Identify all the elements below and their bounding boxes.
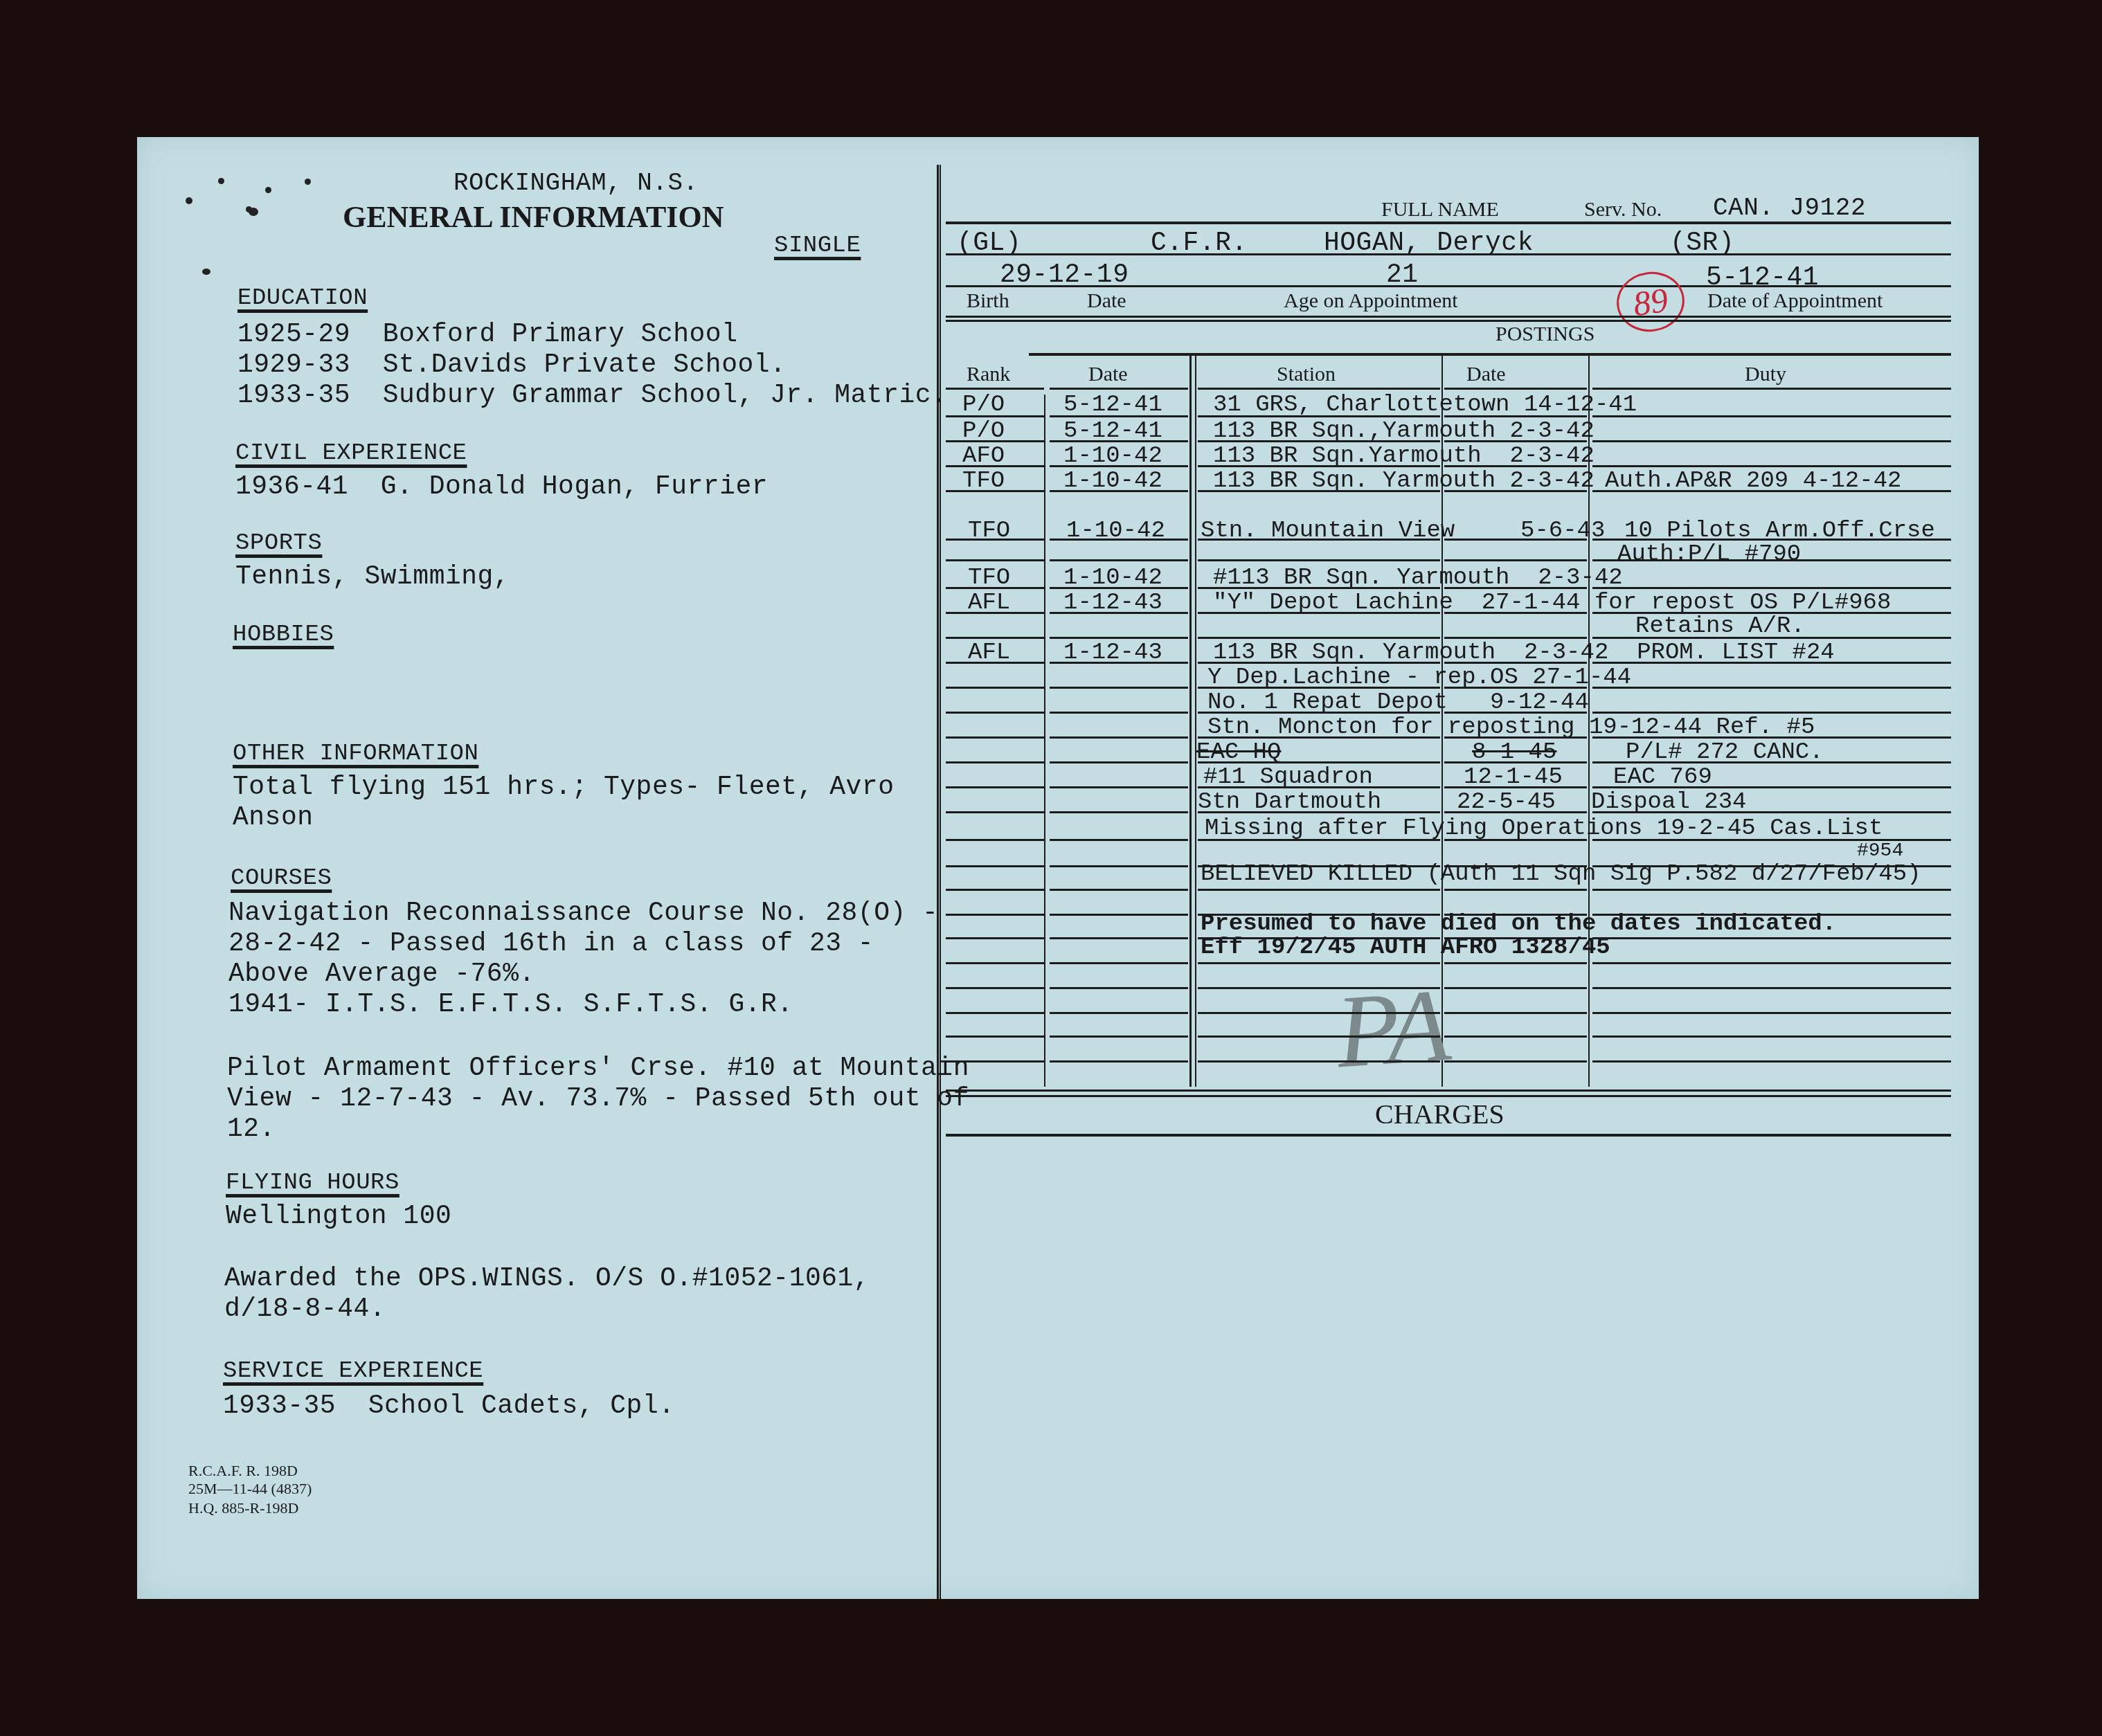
rule (946, 221, 1951, 224)
row-rule (1592, 1060, 1951, 1063)
row-rule (1198, 490, 1440, 492)
sports-heading: SPORTS (235, 530, 322, 557)
row-rule (1198, 1012, 1440, 1014)
row-rule (1050, 937, 1188, 939)
row-rule (1444, 962, 1587, 964)
row-rule (1050, 1036, 1188, 1038)
missing-note: Missing after Flying Operations 19-2-45 … (1205, 815, 1883, 842)
row-rule (946, 914, 1044, 916)
row-rule (946, 889, 1044, 891)
row-rule (1444, 587, 1587, 589)
rule (946, 285, 1951, 287)
row-rule (1050, 736, 1188, 739)
row-rule (1050, 1060, 1188, 1063)
row-rule (1444, 786, 1587, 788)
row-rule (1444, 687, 1587, 689)
service-experience-heading: SERVICE EXPERIENCE (223, 1358, 483, 1384)
posting-duty-continued: Retains A/R. (1635, 613, 1805, 640)
row-rule (1198, 937, 1440, 939)
posting-station: 31 GRS, Charlottetown 14-12-41 (1213, 392, 1637, 418)
punch-mark (305, 179, 311, 185)
age-label: Age on Appointment (1284, 289, 1458, 313)
row-rule (946, 712, 1044, 714)
row-rule (1444, 559, 1587, 561)
row-rule (1050, 539, 1188, 541)
punch-mark (202, 269, 210, 275)
courses-line: 1941- I.T.S. E.F.T.S. S.F.T.S. G.R. (228, 990, 793, 1020)
flying-hours-heading: FLYING HOURS (226, 1170, 399, 1196)
education-entry: 1933-35 Sudbury Grammar School, Jr. Matr… (237, 381, 947, 410)
row-rule (946, 687, 1044, 689)
row-rule (946, 587, 1044, 589)
row-rule (1592, 465, 1951, 467)
row-rule (1050, 987, 1188, 989)
row-rule (1592, 415, 1951, 417)
form-hq-code: H.Q. 885-R-198D (188, 1499, 299, 1517)
row-rule (1592, 539, 1951, 541)
rule (946, 1089, 1951, 1092)
row-rule (1444, 612, 1587, 614)
rank-column-header: Rank (967, 363, 1010, 386)
row-rule (1592, 490, 1951, 492)
row-rule (1198, 662, 1440, 664)
date-of-appointment: 5-12-41 (1706, 263, 1819, 293)
pencil-initials: PA (1332, 965, 1454, 1092)
column-divider (1044, 395, 1045, 1087)
row-rule (1198, 1036, 1440, 1038)
row-rule (1198, 637, 1440, 639)
row-rule (1592, 1036, 1951, 1038)
charges-heading: CHARGES (1375, 1098, 1504, 1130)
rule (1029, 353, 1951, 356)
row-rule (1592, 786, 1951, 788)
row-rule (946, 786, 1044, 788)
row-rule (946, 388, 1044, 390)
posting-duty-continued: Auth:P/L #790 (1617, 541, 1801, 568)
row-rule (1198, 415, 1440, 417)
row-rule (1592, 811, 1951, 813)
row-rule (1050, 839, 1188, 841)
other-information-line: Total flying 151 hrs.; Types- Fleet, Avr… (233, 772, 894, 802)
education-entry: 1929-33 St.Davids Private School. (237, 350, 786, 380)
serv-no-label: Serv. No. (1584, 198, 1662, 221)
row-rule (1050, 612, 1188, 614)
row-rule (1592, 914, 1951, 916)
awards-line: Awarded the OPS.WINGS. O/S O.#1052-1061, (224, 1264, 870, 1294)
row-rule (1444, 490, 1587, 492)
row-rule (1592, 587, 1951, 589)
row-rule (1050, 559, 1188, 561)
row-rule (1198, 865, 1440, 867)
row-rule (1592, 937, 1951, 939)
row-rule (1444, 736, 1587, 739)
row-rule (1198, 539, 1440, 541)
row-rule (1050, 712, 1188, 714)
row-rule (1444, 662, 1587, 664)
row-rule (946, 987, 1044, 989)
row-rule (1592, 1012, 1951, 1014)
row-rule (1198, 388, 1440, 390)
row-rule (1198, 914, 1440, 916)
row-rule (1592, 687, 1951, 689)
row-rule (946, 1060, 1044, 1063)
row-rule (946, 811, 1044, 813)
row-rule (1050, 1012, 1188, 1014)
row-rule (1198, 440, 1440, 442)
other-information-heading: OTHER INFORMATION (233, 741, 478, 767)
flying-hours-text: Wellington 100 (226, 1202, 451, 1231)
row-rule (1050, 687, 1188, 689)
row-rule (946, 937, 1044, 939)
row-rule (1198, 1060, 1440, 1063)
row-rule (1444, 637, 1587, 639)
row-rule (1050, 662, 1188, 664)
row-rule (1444, 761, 1587, 763)
row-rule (1592, 440, 1951, 442)
row-rule (946, 736, 1044, 739)
courses-line: 28-2-42 - Passed 16th in a class of 23 - (228, 929, 874, 959)
row-rule (1198, 761, 1440, 763)
duty-column-header: Duty (1745, 363, 1786, 386)
row-rule (946, 1036, 1044, 1038)
sports-text: Tennis, Swimming, (235, 562, 510, 592)
row-rule (946, 559, 1044, 561)
row-rule (946, 865, 1044, 867)
punch-mark (265, 187, 271, 193)
punch-mark (186, 197, 192, 204)
row-rule (1592, 865, 1951, 867)
courses-line: Pilot Armament Officers' Crse. #10 at Mo… (227, 1054, 969, 1083)
courses-heading: COURSES (231, 865, 332, 892)
row-rule (1198, 612, 1440, 614)
row-rule (1592, 712, 1951, 714)
rule (946, 316, 1951, 318)
row-rule (1050, 811, 1188, 813)
row-rule (946, 962, 1044, 964)
row-rule (1592, 962, 1951, 964)
station-column-header: Station (1277, 363, 1336, 386)
marital-status: SINGLE (774, 233, 861, 259)
postings-label: POSTINGS (1495, 323, 1595, 346)
column-divider (1189, 354, 1192, 1087)
row-rule (946, 440, 1044, 442)
row-rule (1198, 587, 1440, 589)
other-information-line: Anson (233, 803, 314, 833)
row-rule (1592, 662, 1951, 664)
row-rule (1444, 1060, 1587, 1063)
date-label: Date (1087, 289, 1126, 313)
row-rule (946, 490, 1044, 492)
row-rule (1198, 736, 1440, 739)
row-rule (1444, 914, 1587, 916)
courses-line: Above Average -76%. (228, 959, 535, 989)
row-rule (1444, 865, 1587, 867)
row-rule (1050, 889, 1188, 891)
full-name-label: FULL NAME (1381, 198, 1499, 221)
row-rule (1592, 839, 1951, 841)
row-rule (1198, 559, 1440, 561)
row-rule (1444, 388, 1587, 390)
row-rule (1050, 637, 1188, 639)
location: ROCKINGHAM, N.S. (453, 169, 699, 197)
row-rule (946, 415, 1044, 417)
row-rule (946, 539, 1044, 541)
civil-experience-entry: 1936-41 G. Donald Hogan, Furrier (235, 472, 768, 502)
row-rule (1592, 761, 1951, 763)
row-rule (1050, 490, 1188, 492)
birth-label: Birth (967, 289, 1009, 313)
civil-experience-heading: CIVIL EXPERIENCE (235, 440, 467, 467)
row-rule (946, 637, 1044, 639)
courses-line: Navigation Reconnaissance Course No. 28(… (228, 898, 938, 928)
column-divider (1195, 354, 1196, 1087)
education-entry: 1925-29 Boxford Primary School (237, 320, 737, 350)
row-rule (1198, 889, 1440, 891)
row-rule (1050, 865, 1188, 867)
row-rule (946, 1012, 1044, 1014)
row-rule (946, 662, 1044, 664)
form-print-code: 25M—11-44 (4837) (188, 1480, 312, 1498)
row-rule (1444, 1012, 1587, 1014)
cas-list-number: #954 (1857, 840, 1903, 862)
form-number: R.C.A.F. R. 198D (188, 1462, 298, 1480)
row-rule (1444, 712, 1587, 714)
courses-line: 12. (227, 1114, 276, 1144)
row-rule (1198, 962, 1440, 964)
form-title: GENERAL INFORMATION (343, 199, 724, 235)
row-rule (1198, 987, 1440, 989)
awards-line: d/18-8-44. (224, 1294, 386, 1324)
posting-date: 5-12-41 (1063, 392, 1162, 418)
hobbies-heading: HOBBIES (233, 622, 334, 648)
row-rule (1198, 786, 1440, 788)
punch-mark (218, 178, 224, 184)
row-rule (1198, 712, 1440, 714)
row-rule (1444, 987, 1587, 989)
row-rule (1198, 465, 1440, 467)
posting-rank: P/O (962, 392, 1005, 418)
row-rule (1050, 415, 1188, 417)
row-rule (1050, 587, 1188, 589)
row-rule (946, 761, 1044, 763)
row-rule (1198, 687, 1440, 689)
row-rule (946, 839, 1044, 841)
row-rule (1592, 987, 1951, 989)
row-rule (1198, 839, 1440, 841)
row-rule (946, 465, 1044, 467)
row-rule (1444, 839, 1587, 841)
education-heading: EDUCATION (237, 285, 368, 311)
row-rule (1592, 559, 1951, 561)
row-rule (1444, 465, 1587, 467)
row-rule (1050, 465, 1188, 467)
service-number: CAN. J9122 (1713, 194, 1866, 222)
rule (946, 1095, 1951, 1097)
row-rule (1444, 1036, 1587, 1038)
rule (946, 253, 1951, 255)
row-rule (1198, 811, 1440, 813)
row-rule (1592, 612, 1951, 614)
row-rule (1444, 539, 1587, 541)
row-rule (1444, 937, 1587, 939)
row-rule (1050, 914, 1188, 916)
row-rule (1444, 889, 1587, 891)
row-rule (1050, 761, 1188, 763)
row-rule (1050, 962, 1188, 964)
row-rule (946, 612, 1044, 614)
center-divider (937, 165, 941, 1599)
row-rule (1050, 388, 1188, 390)
row-rule (1592, 388, 1951, 390)
rule (946, 1134, 1951, 1137)
doa-label: Date of Appointment (1707, 289, 1883, 313)
row-rule (1444, 811, 1587, 813)
rank-date-column-header: Date (1088, 363, 1128, 386)
row-rule (1050, 786, 1188, 788)
courses-line: View - 12-7-43 - Av. 73.7% - Passed 5th … (227, 1084, 969, 1114)
punch-mark (249, 208, 258, 216)
service-experience-entry: 1933-35 School Cadets, Cpl. (223, 1391, 675, 1421)
station-date-column-header: Date (1466, 363, 1506, 386)
row-rule (1444, 440, 1587, 442)
row-rule (1592, 637, 1951, 639)
row-rule (1050, 440, 1188, 442)
rule (946, 320, 1951, 322)
row-rule (1592, 736, 1951, 739)
row-rule (1444, 415, 1587, 417)
row-rule (1592, 889, 1951, 891)
